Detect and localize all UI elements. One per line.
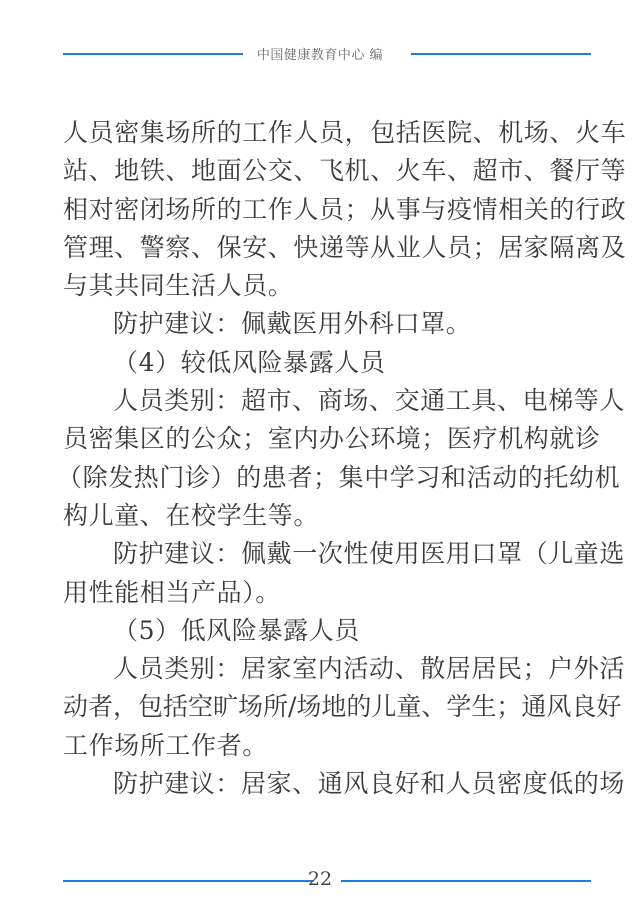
text-line: 构儿童、在校学生等。 bbox=[63, 497, 585, 535]
section-heading-5: （5）低风险暴露人员 bbox=[63, 612, 585, 650]
text-line: （除发热门诊）的患者；集中学习和活动的托幼机 bbox=[57, 459, 585, 497]
text-line: 站、地铁、地面公交、飞机、火车、超市、餐厅等 bbox=[63, 152, 585, 190]
text-line: 工作场所工作者。 bbox=[63, 727, 585, 765]
footer-rule-right bbox=[341, 880, 591, 882]
text-line: 动者，包括空旷场所/场地的儿童、学生；通风良好 bbox=[63, 688, 585, 726]
text-line: 用性能相当产品）。 bbox=[63, 574, 585, 612]
text-line: 与其共同生活人员。 bbox=[63, 267, 585, 305]
body-text: 人员密集场所的工作人员，包括医院、机场、火车 站、地铁、地面公交、飞机、火车、超… bbox=[63, 114, 585, 803]
text-line: 管理、警察、保安、快递等从业人员；居家隔离及 bbox=[63, 229, 585, 267]
text-line: 相对密闭场所的工作人员；从事与疫情相关的行政 bbox=[63, 191, 585, 229]
text-line: 员密集区的公众；室内办公环境；医疗机构就诊 bbox=[63, 420, 585, 458]
personnel-category: 人员类别：超市、商场、交通工具、电梯等人 bbox=[63, 382, 585, 420]
protection-advice: 防护建议：居家、通风良好和人员密度低的场 bbox=[63, 765, 585, 803]
protection-advice: 防护建议：佩戴一次性使用医用口罩（儿童选 bbox=[63, 535, 585, 573]
section-heading-4: （4）较低风险暴露人员 bbox=[63, 344, 585, 382]
header-rule-right bbox=[411, 53, 591, 55]
personnel-category: 人员类别：居家室内活动、散居居民；户外活 bbox=[63, 650, 585, 688]
page-number: 22 bbox=[0, 868, 640, 890]
protection-advice: 防护建议：佩戴医用外科口罩。 bbox=[63, 305, 585, 343]
text-line: 人员密集场所的工作人员，包括医院、机场、火车 bbox=[63, 114, 585, 152]
